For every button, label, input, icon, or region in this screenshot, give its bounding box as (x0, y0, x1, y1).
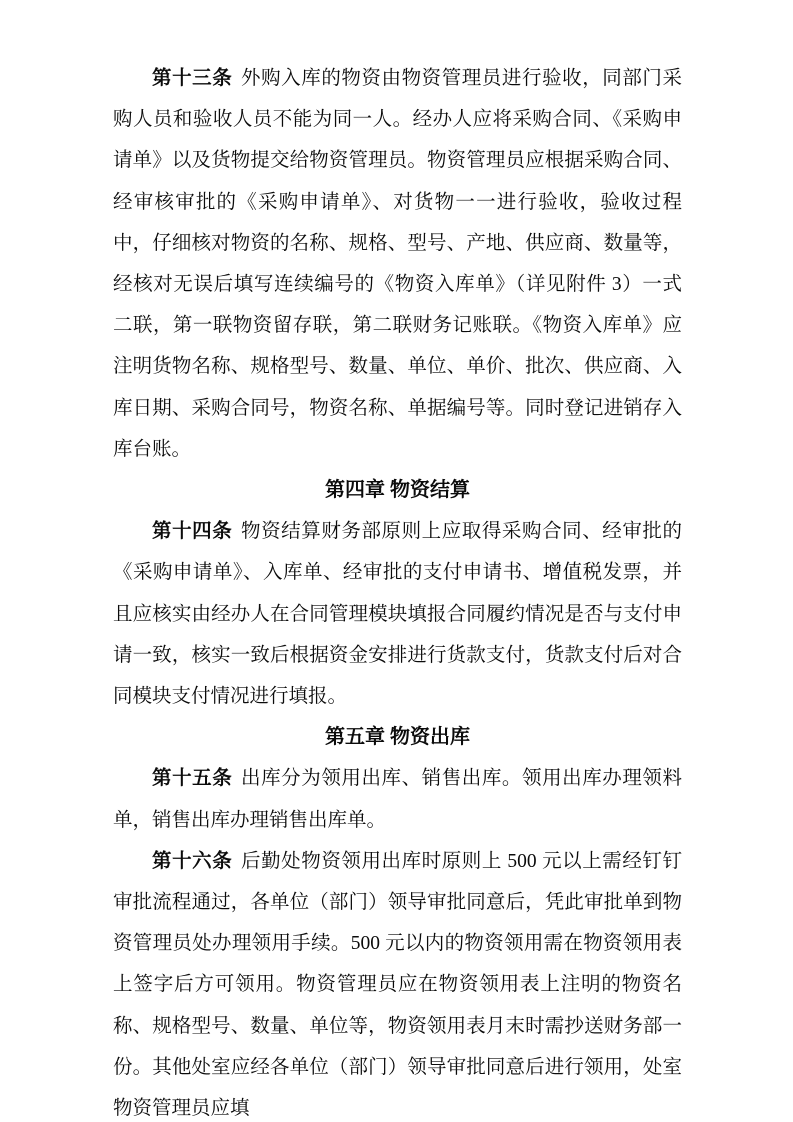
article-13-number: 第十三条 (152, 68, 232, 89)
article-14-paragraph: 第十四条物资结算财务部原则上应取得采购合同、经审批的《采购申请单》、入库单、经审… (113, 511, 682, 717)
article-14-number: 第十四条 (152, 521, 232, 542)
article-16-number: 第十六条 (152, 851, 232, 872)
chapter-5-heading: 第五章 物资出库 (113, 717, 682, 758)
article-15-paragraph: 第十五条出库分为领用出库、销售出库。领用出库办理领料单，销售出库办理销售出库单。 (113, 758, 682, 840)
article-14-text: 物资结算财务部原则上应取得采购合同、经审批的《采购申请单》、入库单、经审批的支付… (113, 521, 682, 707)
article-13-paragraph: 第十三条外购入库的物资由物资管理员进行验收，同部门采购人员和验收人员不能为同一人… (113, 58, 682, 470)
article-13-text: 外购入库的物资由物资管理员进行验收，同部门采购人员和验收人员不能为同一人。经办人… (113, 68, 682, 460)
article-15-number: 第十五条 (152, 768, 232, 789)
document-page: 第十三条外购入库的物资由物资管理员进行验收，同部门采购人员和验收人员不能为同一人… (0, 0, 793, 1122)
article-16-paragraph: 第十六条后勤处物资领用出库时原则上 500 元以上需经钉钉审批流程通过，各单位（… (113, 841, 682, 1122)
chapter-4-heading: 第四章 物资结算 (113, 470, 682, 511)
article-16-text: 后勤处物资领用出库时原则上 500 元以上需经钉钉审批流程通过，各单位（部门）领… (113, 851, 682, 1119)
